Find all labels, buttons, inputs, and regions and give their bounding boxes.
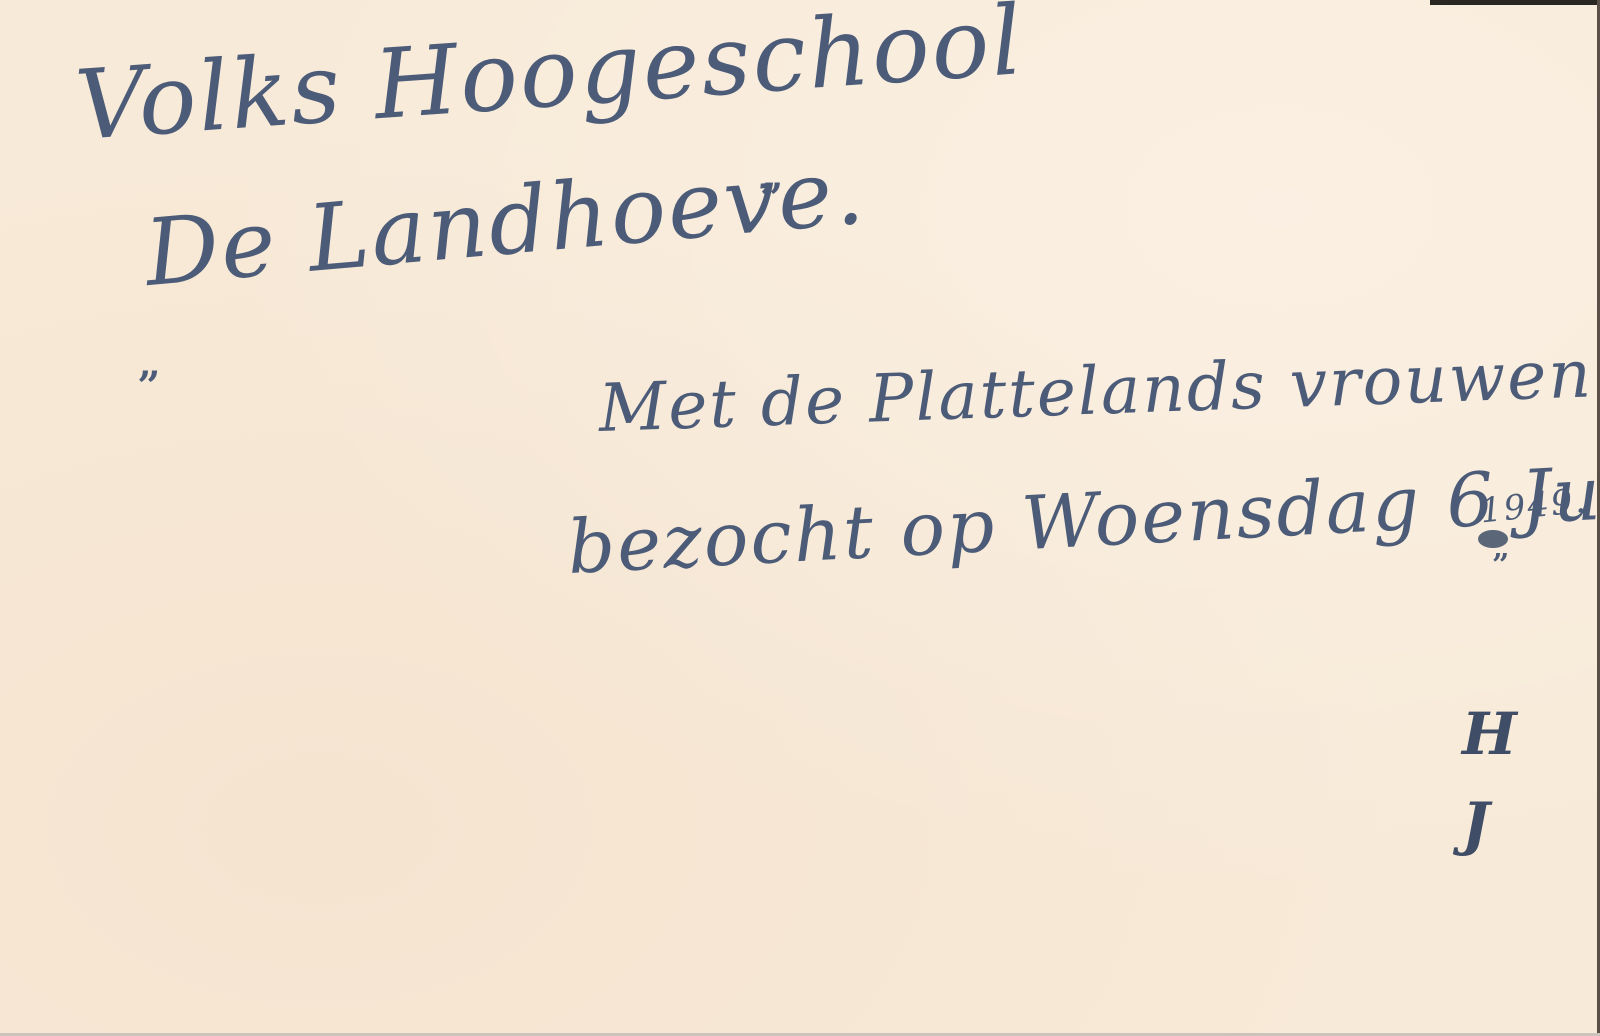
ditto-quote-mark: ” — [1492, 548, 1509, 583]
ink-blot — [1478, 530, 1508, 548]
close-quote-mark: ” — [760, 175, 783, 222]
initial-second: J — [1462, 780, 1517, 870]
top-border-edge — [1430, 0, 1600, 5]
initials-signature: H J — [1462, 690, 1517, 870]
initial-first: H — [1462, 690, 1517, 780]
open-quote-mark: „ — [138, 340, 161, 387]
